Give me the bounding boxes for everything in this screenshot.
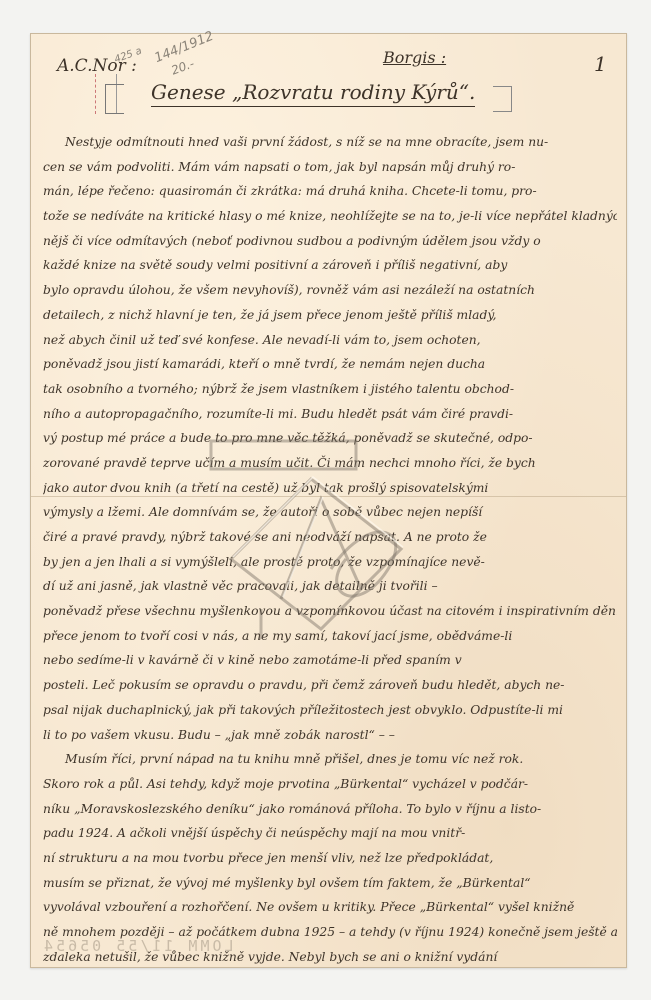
text-line: ní strukturu a na mou tvorbu přece jen m…: [43, 846, 617, 871]
text-line: vyvolával vzbouření a rozhořčení. Ne ovš…: [43, 895, 617, 920]
text-line: mán, lépe řečeno: quasiromán či zkrátka:…: [43, 179, 617, 204]
manuscript-page: A.C.Nor : 425 a 144/1912 20.- Borgis : 1…: [30, 33, 627, 968]
text-line: jako autor dvou knih (a třetí na cestě) …: [43, 476, 617, 501]
text-line: nebo sedíme-li v kavárně či v kině nebo …: [43, 648, 617, 673]
text-line: Skoro rok a půl. Asi tehdy, když moje pr…: [43, 772, 617, 797]
text-line: poněvadž jsou jistí kamarádi, kteří o mn…: [43, 352, 617, 377]
manuscript-title: Genese „Rozvratu rodiny Kýrů“.: [151, 80, 475, 107]
text-line: psal nijak duchaplnický, jak při takovýc…: [43, 698, 617, 723]
text-line: než abych činil už teď své konfese. Ale …: [43, 328, 617, 353]
text-line: přece jenom to tvoří cosi v nás, a ne my…: [43, 624, 617, 649]
text-line: tak osobního a tvorného; nýbrž že jsem v…: [43, 377, 617, 402]
text-line: bylo opravdu úlohou, že všem nevyhovíš),…: [43, 278, 617, 303]
text-line: níku „Moravskoslezského deníku“ jako rom…: [43, 797, 617, 822]
mirrored-shelfmark-bleedthrough: LOMM 11/55 05654: [41, 937, 234, 955]
text-line: nějš či více odmítavých (neboť podivnou …: [43, 229, 617, 254]
text-line: poněvadž přese všechnu myšlenkovou a vzp…: [43, 599, 617, 624]
text-line: Musím říci, první nápad na tu knihu mně …: [43, 747, 617, 772]
text-line: výmysly a lžemi. Ale domnívám se, že aut…: [43, 500, 617, 525]
text-line: posteli. Leč pokusím se opravdu o pravdu…: [43, 673, 617, 698]
text-line: tože se nedíváte na kritické hlasy o mé …: [43, 204, 617, 229]
insertion-bracket-right: [493, 86, 512, 112]
text-line: Nestyje odmítnouti hned vaši první žádos…: [43, 130, 617, 155]
text-line: cen se vám podvoliti. Mám vám napsati o …: [43, 155, 617, 180]
text-line: by jen a jen lhali a si vymýšleli, ale p…: [43, 550, 617, 575]
text-line: musím se přiznat, že vývoj mé myšlenky b…: [43, 871, 617, 896]
text-line: vý postup mé práce a bude to pro mne věc…: [43, 426, 617, 451]
text-line: čiré a pravé pravdy, nýbrž takové se ani…: [43, 525, 617, 550]
page-number: 1: [594, 52, 607, 76]
text-line: detailech, z nichž hlavní je ten, že já …: [43, 303, 617, 328]
text-line: každé knize na světě soudy velmi positiv…: [43, 253, 617, 278]
text-line: ního a autopropagačního, rozumíte-li mi.…: [43, 402, 617, 427]
insertion-bracket-left: [105, 84, 124, 114]
text-line: dí už ani jasně, jak vlastně věc pracova…: [43, 574, 617, 599]
text-line: li to po vašem vkusu. Budu – „jak mně zo…: [43, 723, 617, 748]
text-line: zorované pravdě teprve učím a musím učit…: [43, 451, 617, 476]
paragraph-1: Nestyje odmítnouti hned vaši první žádos…: [43, 130, 617, 747]
typesetting-label: Borgis :: [383, 48, 446, 67]
text-line: padu 1924. A ačkoli vnější úspěchy či ne…: [43, 821, 617, 846]
manuscript-body: Nestyje odmítnouti hned vaši první žádos…: [43, 130, 617, 969]
